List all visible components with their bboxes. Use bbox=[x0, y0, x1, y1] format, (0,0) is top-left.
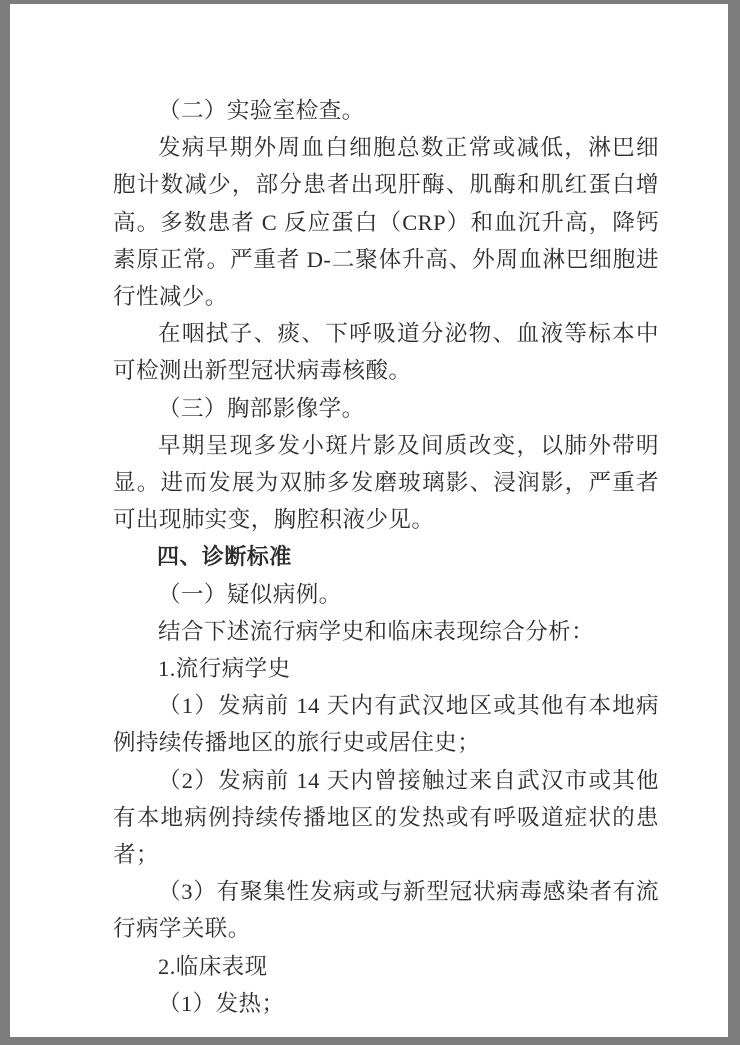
para-epidemiology-item-3: （3）有聚集性发病或与新型冠状病毒感染者有流行病学关联。 bbox=[113, 873, 659, 947]
para-clinical-manifestation-title: 2.临床表现 bbox=[113, 948, 659, 985]
para-epidemiology-history-title: 1.流行病学史 bbox=[113, 650, 659, 687]
para-epidemiology-item-2: （2）发病前 14 天内曾接触过来自武汉市或其他有本地病例持续传播地区的发热或有… bbox=[113, 762, 659, 874]
para-specimen-detection: 在咽拭子、痰、下呼吸道分泌物、血液等标本中可检测出新型冠状病毒核酸。 bbox=[113, 315, 659, 389]
para-suspected-case-title: （一）疑似病例。 bbox=[113, 576, 659, 613]
para-lab-findings: 发病早期外周血白细胞总数正常或减低，淋巴细胞计数减少，部分患者出现肝酶、肌酶和肌… bbox=[113, 129, 659, 315]
para-clinical-item-1: （1）发热； bbox=[113, 985, 659, 1022]
para-epidemiology-item-1: （1）发病前 14 天内有武汉地区或其他有本地病例持续传播地区的旅行史或居住史； bbox=[113, 687, 659, 761]
para-diagnosis-criteria-heading: 四、诊断标准 bbox=[113, 538, 659, 575]
document-page: （二）实验室检查。 发病早期外周血白细胞总数正常或减低，淋巴细胞计数减少，部分患… bbox=[10, 4, 728, 1037]
document-text-block: （二）实验室检查。 发病早期外周血白细胞总数正常或减低，淋巴细胞计数减少，部分患… bbox=[113, 92, 659, 1022]
para-combined-analysis: 结合下述流行病学史和临床表现综合分析： bbox=[113, 613, 659, 650]
para-chest-imaging-findings: 早期呈现多发小斑片影及间质改变，以肺外带明显。进而发展为双肺多发磨玻璃影、浸润影… bbox=[113, 427, 659, 539]
document-viewer: { "meta": { "kind": "scanned-document-pa… bbox=[0, 0, 740, 1045]
para-chest-imaging-title: （三）胸部影像学。 bbox=[113, 390, 659, 427]
para-lab-exam-title: （二）实验室检查。 bbox=[113, 92, 659, 129]
